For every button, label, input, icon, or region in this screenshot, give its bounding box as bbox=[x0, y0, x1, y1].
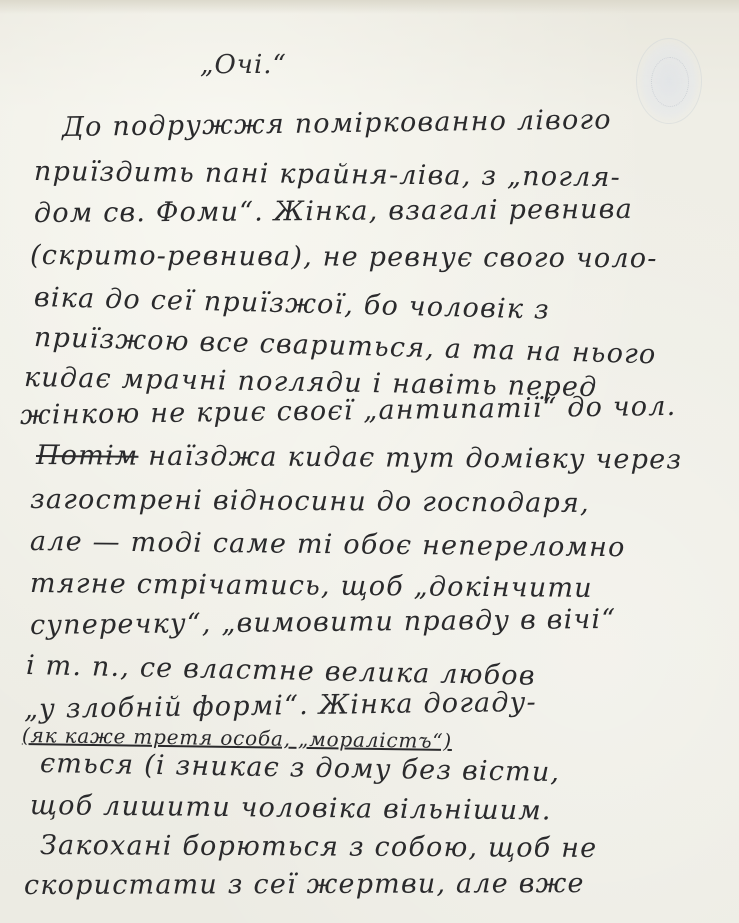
manuscript-line-10: загострені відносини до господаря, bbox=[30, 484, 590, 519]
paper-top-edge bbox=[0, 0, 739, 14]
manuscript-line-19: скористати з сеї жертви, але вже bbox=[24, 868, 585, 901]
manuscript-line-5: віка до сеї приїзжої, бо чоловік з bbox=[34, 282, 551, 326]
stamp-inner-ring bbox=[651, 57, 689, 107]
manuscript-line-9: Потім наїзджа кидає тут домівку через bbox=[36, 440, 682, 476]
manuscript-line-8: жінкою не криє своєї „антипатії“ до чол. bbox=[20, 391, 677, 431]
manuscript-title: „Очі.“ bbox=[200, 50, 287, 80]
manuscript-line-9-rest: наїзджа кидає тут домівку через bbox=[148, 441, 682, 476]
manuscript-page: „Очі.“ До подружжя поміркованно лівого п… bbox=[0, 0, 739, 923]
manuscript-line-16: ється (і зникає з дому без вісти, bbox=[40, 748, 561, 788]
manuscript-line-3: дом св. Фоми“. Жінка, взагалі ревнива bbox=[34, 194, 633, 229]
struck-word: Потім bbox=[36, 440, 139, 472]
manuscript-line-17: щоб лишити чоловіка вільнішим. bbox=[30, 790, 552, 826]
manuscript-line-13: суперечку“, „вимовити правду в вічі“ bbox=[30, 604, 617, 641]
manuscript-line-15: „у злобній формі“. Жінка догаду- bbox=[24, 687, 537, 725]
manuscript-line-14: і т. п., се властне велика любов bbox=[26, 650, 536, 692]
manuscript-line-4: (скрито-ревнива), не ревнує свого чоло- bbox=[30, 240, 658, 274]
library-stamp-icon bbox=[636, 38, 702, 124]
manuscript-line-18: Закохані борються з собою, щоб не bbox=[40, 830, 598, 864]
manuscript-line-2: приїздить пані крайня-ліва, з „погля- bbox=[34, 156, 621, 193]
manuscript-line-12: тягне стрічатись, щоб „докінчити bbox=[30, 568, 593, 604]
manuscript-line-11: але — тоді саме ті обоє непереломно bbox=[30, 526, 626, 563]
manuscript-line-1: До подружжя поміркованно лівого bbox=[62, 104, 612, 143]
